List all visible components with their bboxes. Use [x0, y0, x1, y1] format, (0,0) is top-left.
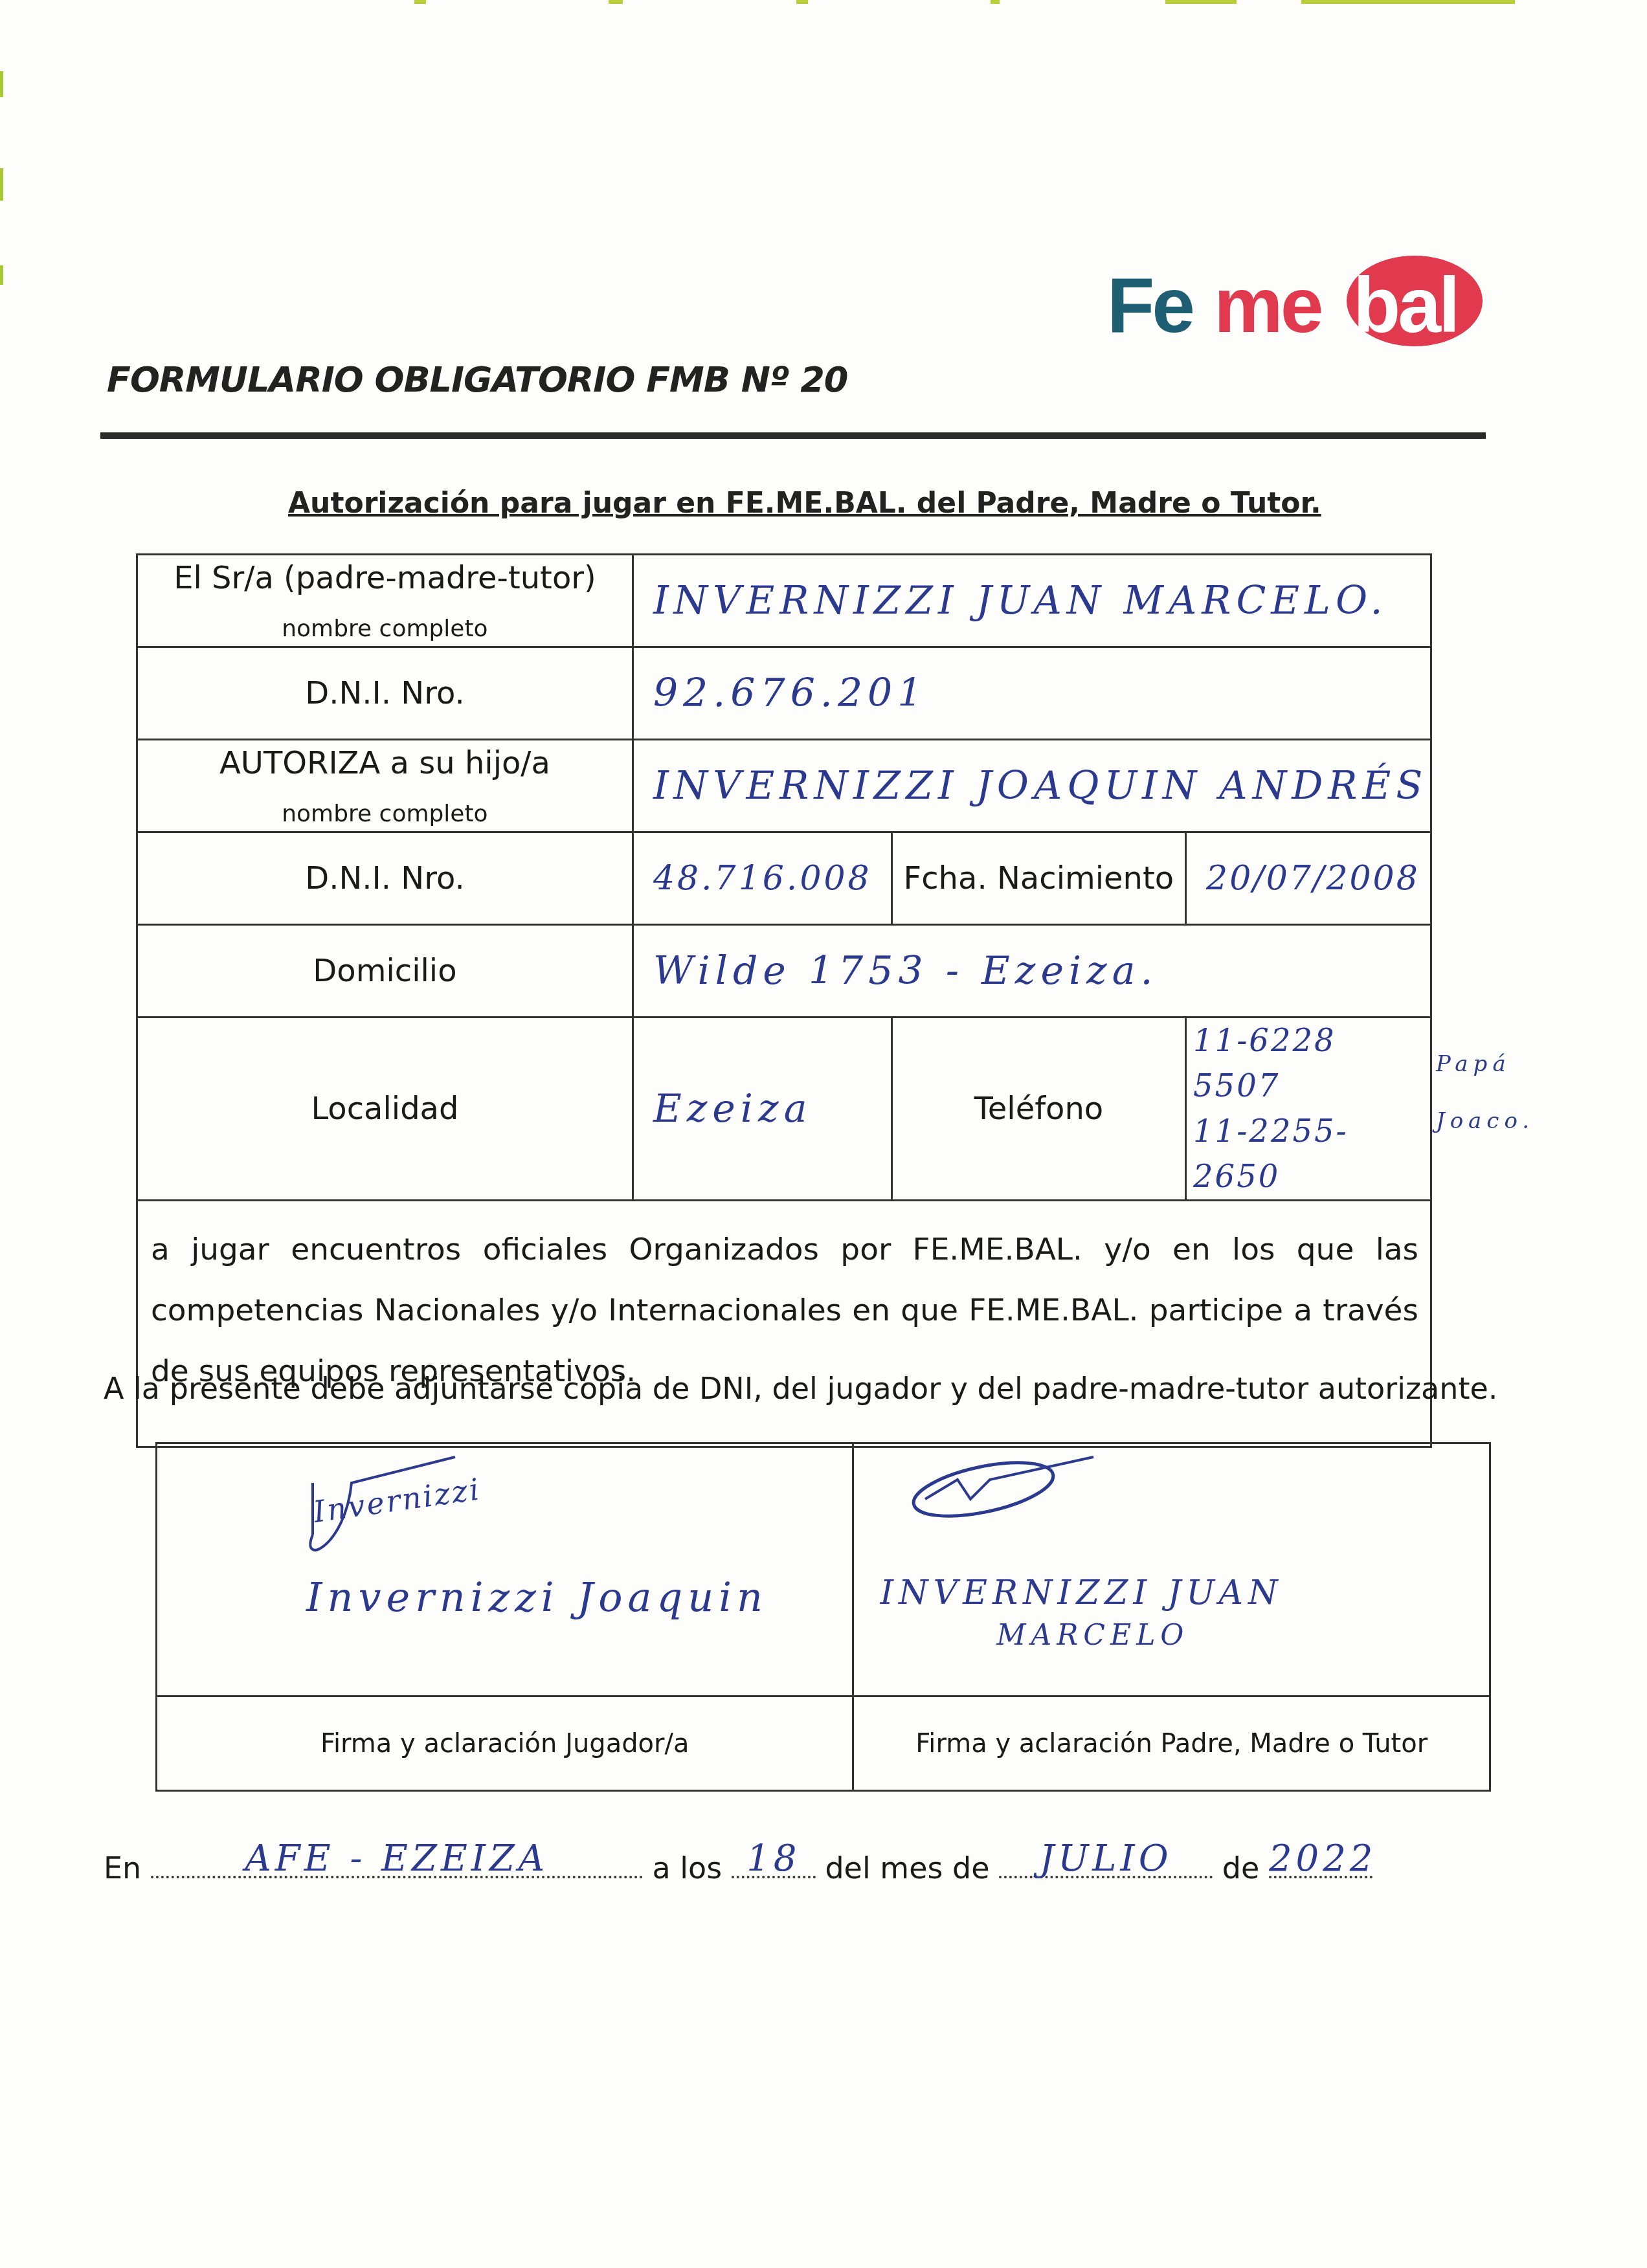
day-value: 18 [732, 1838, 816, 1880]
parent-dni-field[interactable]: 92.676.201 [633, 647, 1431, 740]
date-prefix: En [104, 1851, 141, 1885]
address-field[interactable]: Wilde 1753 - Ezeiza. [633, 925, 1431, 1017]
child-dni-label: D.N.I. Nro. [137, 832, 633, 925]
logo-text-fe: Fe [1107, 261, 1193, 350]
phone-field[interactable]: 11-6228 5507 11-2255-2650 [1186, 1017, 1431, 1201]
child-name-label: AUTORIZA a su hijo/a [219, 745, 550, 781]
title-divider [100, 432, 1486, 439]
child-dni-field[interactable]: 48.716.008 [633, 832, 891, 925]
place-value: AFE - EZEIZA [151, 1838, 643, 1880]
parent-printed-name-line1: INVERNIZZI JUAN [880, 1573, 1283, 1612]
parent-name-label-cell: El Sr/a (padre-madre-tutor) nombre compl… [137, 555, 633, 647]
player-signature-caption: Firma y aclaración Jugador/a [157, 1696, 853, 1791]
date-line: En AFE - EZEIZA a los 18 del mes de JULI… [104, 1850, 1372, 1885]
form-title: FORMULARIO OBLIGATORIO FMB Nº 20 [107, 359, 847, 400]
year-field[interactable]: 2022 [1269, 1850, 1372, 1878]
scan-edge-marks [0, 0, 1647, 6]
day-field[interactable]: 18 [732, 1850, 816, 1878]
player-signature-box[interactable]: Invernizzi Invernizzi Joaquin [157, 1443, 853, 1696]
year-prefix: de [1222, 1851, 1260, 1885]
form-subtitle: Autorización para jugar en FE.ME.BAL. de… [288, 487, 1321, 520]
month-value: JULIO [999, 1838, 1213, 1880]
player-printed-name: Invernizzi Joaquin [306, 1573, 768, 1621]
parent-signature-icon [899, 1454, 1106, 1525]
authorization-table: El Sr/a (padre-madre-tutor) nombre compl… [136, 553, 1432, 1448]
signature-table: Invernizzi Invernizzi Joaquin INVERNIZZI… [155, 1442, 1491, 1792]
parent-name-field[interactable]: INVERNIZZI JUAN MARCELO. [633, 555, 1431, 647]
year-value: 2022 [1269, 1838, 1372, 1880]
parent-dni-label: D.N.I. Nro. [137, 647, 633, 740]
parent-signature-caption: Firma y aclaración Padre, Madre o Tutor [853, 1696, 1490, 1791]
birth-date-field[interactable]: 20/07/2008 [1186, 832, 1431, 925]
phone-number-2: 11-2255-2650 [1193, 1109, 1430, 1199]
month-field[interactable]: JULIO [999, 1850, 1213, 1878]
locality-field[interactable]: Ezeiza [633, 1017, 891, 1201]
child-name-sublabel: nombre completo [138, 801, 632, 827]
femebal-logo: Fe me bal [1107, 256, 1483, 353]
phone-notes: Papá Joaco. [1436, 1036, 1534, 1150]
child-name-field[interactable]: INVERNIZZI JOAQUIN ANDRÉS [633, 740, 1431, 832]
place-field[interactable]: AFE - EZEIZA [151, 1850, 643, 1878]
parent-name-sublabel: nombre completo [138, 616, 632, 642]
phone-number-1: 11-6228 5507 [1193, 1018, 1430, 1109]
logo-text-me: me [1214, 261, 1321, 350]
child-name-label-cell: AUTORIZA a su hijo/a nombre completo [137, 740, 633, 832]
birth-date-label: Fcha. Nacimiento [891, 832, 1185, 925]
days-prefix: a los [652, 1851, 722, 1885]
phone-note-1: Papá [1436, 1036, 1534, 1093]
parent-name-label: El Sr/a (padre-madre-tutor) [174, 560, 596, 596]
parent-signature-box[interactable]: INVERNIZZI JUAN MARCELO [853, 1443, 1490, 1696]
address-label: Domicilio [137, 925, 633, 1017]
phone-note-2: Joaco. [1436, 1093, 1534, 1150]
month-prefix: del mes de [825, 1851, 989, 1885]
authorization-text: a jugar encuentros oficiales Organizados… [137, 1201, 1431, 1447]
attachment-note: A la presente debe adjuntarse copia de D… [104, 1371, 1497, 1406]
parent-printed-name-line2: MARCELO [996, 1619, 1189, 1652]
locality-label: Localidad [137, 1017, 633, 1201]
phone-label: Teléfono [891, 1017, 1185, 1201]
logo-text-bal: bal [1353, 261, 1457, 350]
